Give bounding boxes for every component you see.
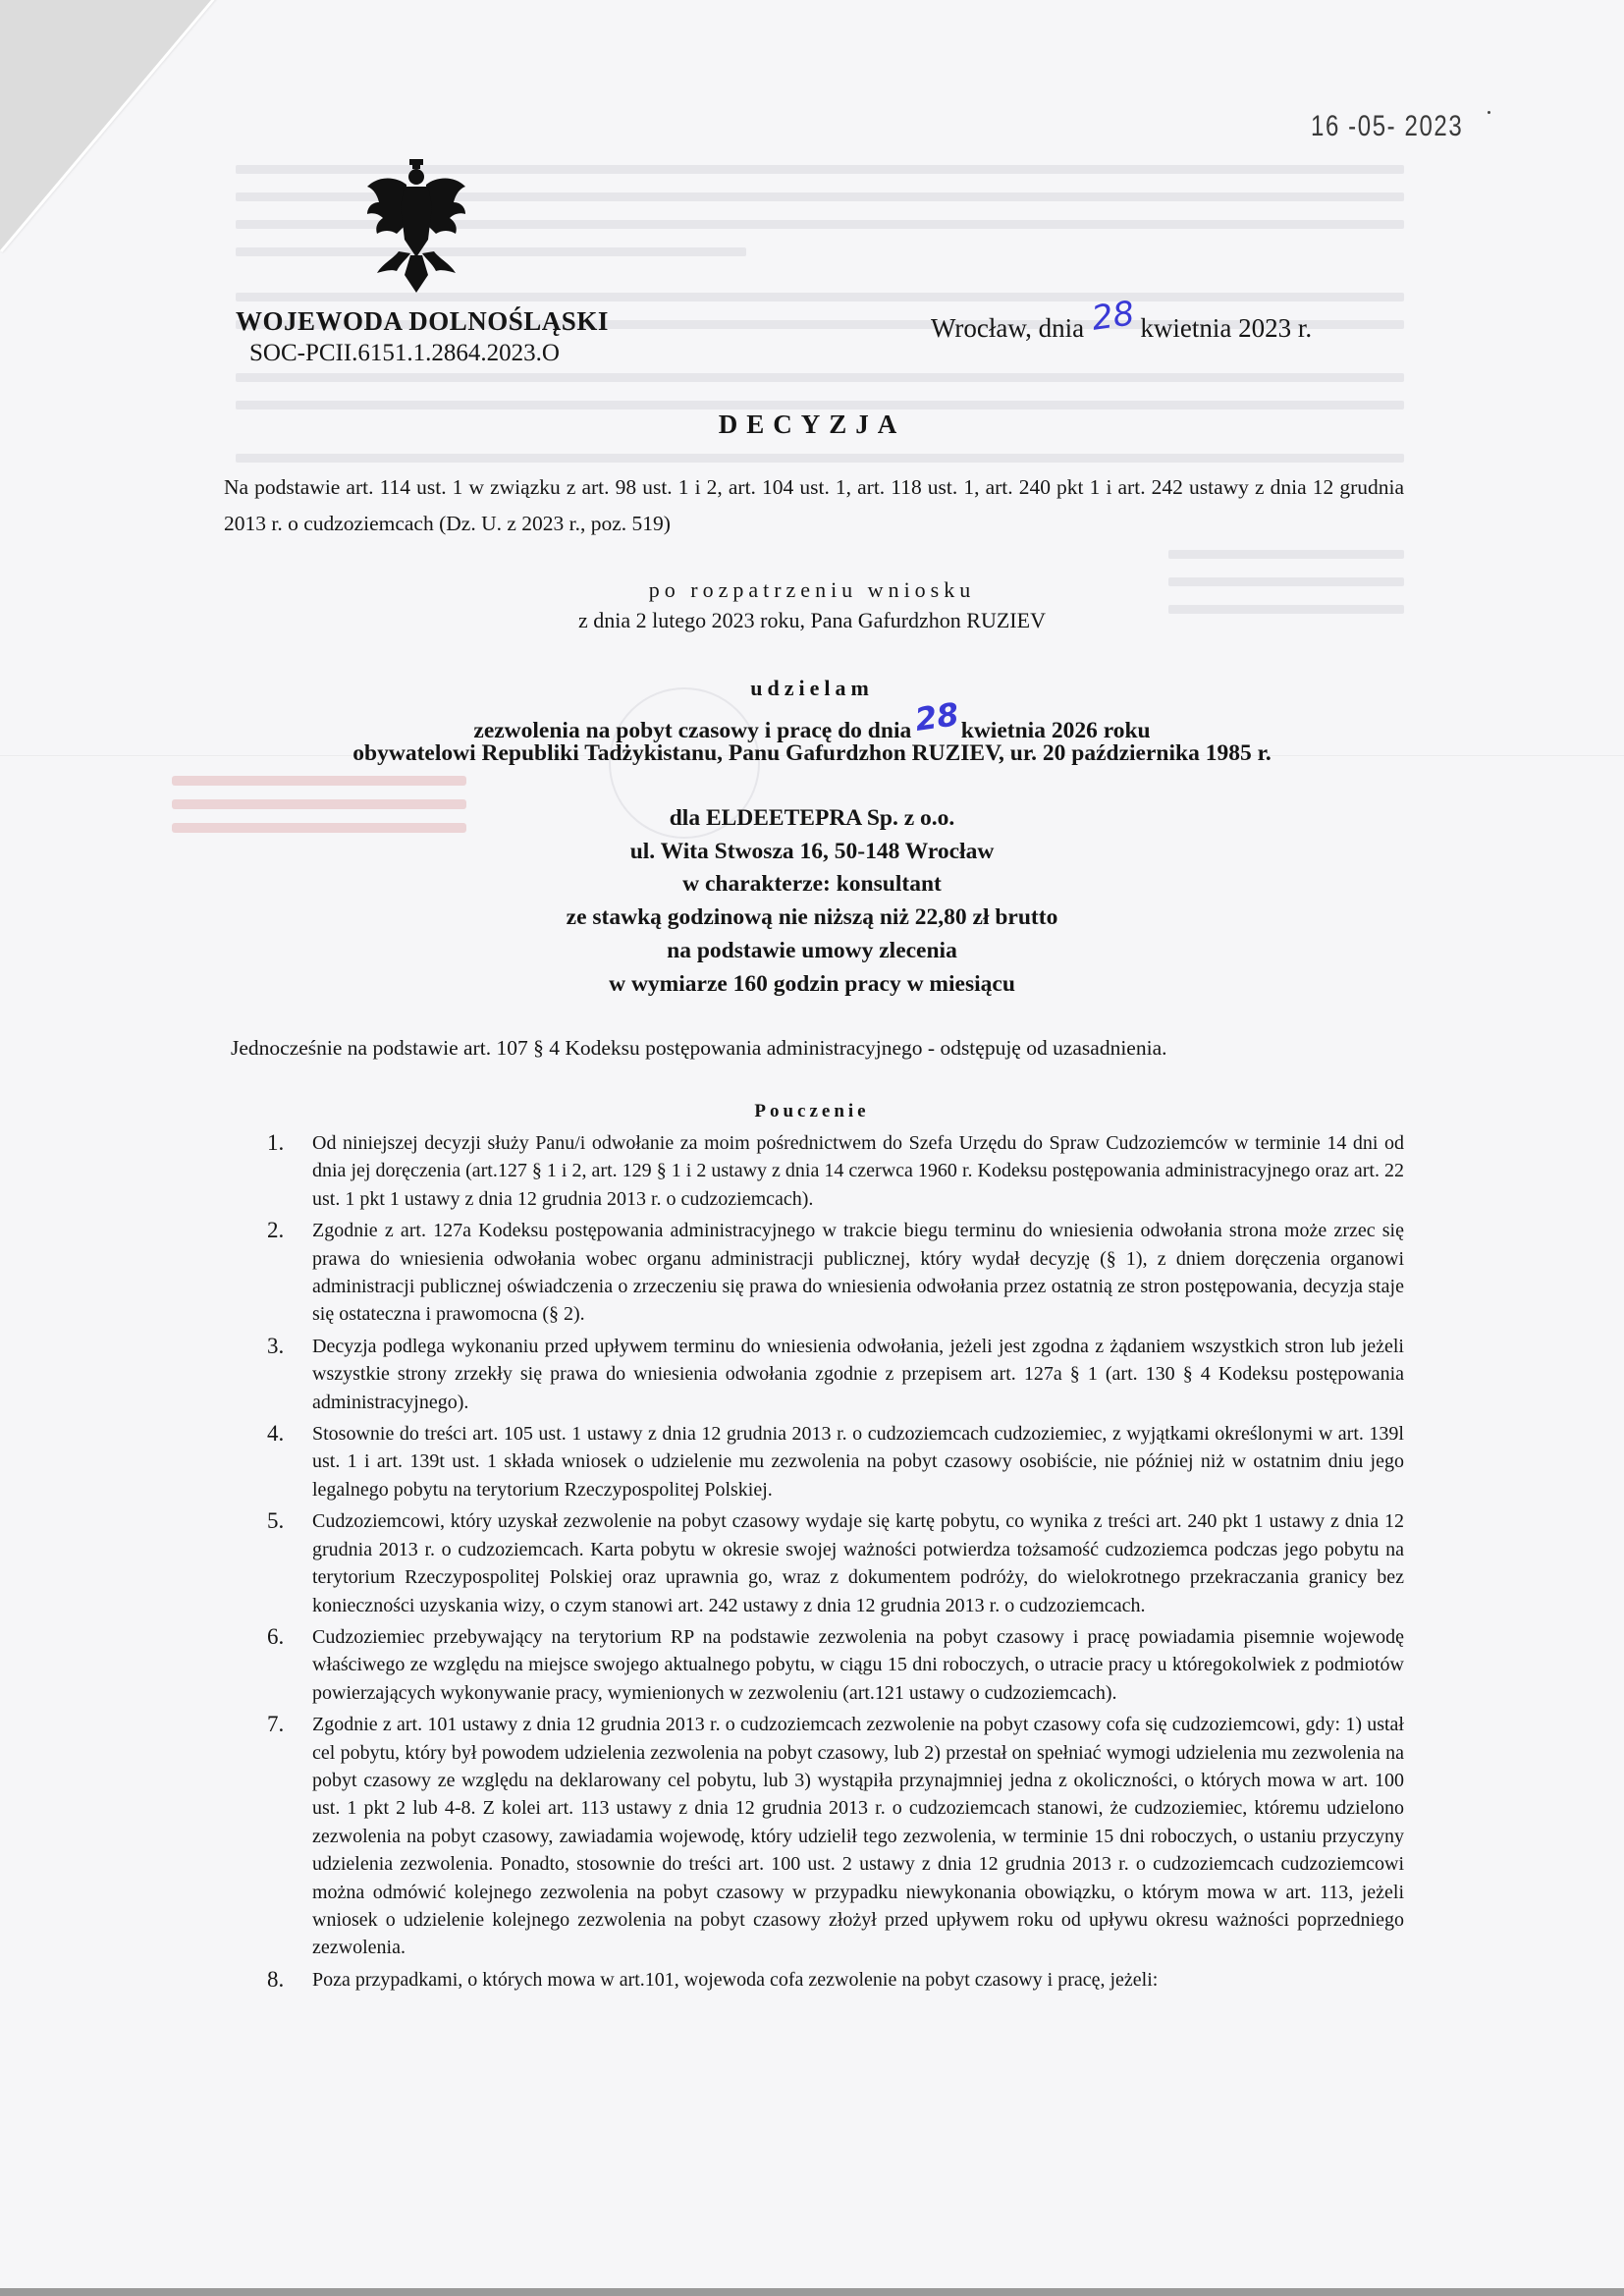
- item-text: Decyzja podlega wykonaniu przed upływem …: [312, 1336, 1404, 1413]
- item-number: 1.: [267, 1129, 284, 1157]
- notice-title: Pouczenie: [0, 1101, 1624, 1122]
- item-number: 5.: [267, 1507, 284, 1535]
- working-hours: w wymiarze 160 godzin pracy w miesiącu: [0, 971, 1624, 998]
- case-number: SOC-PCII.6151.1.2864.2023.O: [249, 340, 560, 367]
- item-text: Cudzoziemiec przebywający na terytorium …: [312, 1626, 1404, 1704]
- place-and-date: Wrocław, dnia28kwietnia 2023 r.: [931, 306, 1312, 346]
- stamp-speck: [1488, 111, 1490, 114]
- application-reference: z dnia 2 lutego 2023 roku, Pana Gafurdzh…: [0, 608, 1624, 633]
- item-text: Zgodnie z art. 101 ustawy z dnia 12 grud…: [312, 1714, 1404, 1958]
- consideration-heading: po rozpatrzeniu wniosku: [0, 577, 1624, 603]
- polish-eagle-emblem-icon: [355, 157, 477, 295]
- item-number: 7.: [267, 1711, 284, 1738]
- contract-type: na podstawie umowy zlecenia: [0, 938, 1624, 964]
- notice-item: 2.Zgodnie z art. 127a Kodeksu postępowan…: [265, 1217, 1404, 1329]
- place-date-prefix: Wrocław, dnia: [931, 313, 1084, 343]
- scanned-page: 16 -05- 2023 WOJEWODA DOLNOŚLĄSKI SOC-PC…: [0, 0, 1624, 2296]
- item-text: Zgodnie z art. 127a Kodeksu postępowania…: [312, 1220, 1404, 1325]
- handwritten-day: 28: [1090, 294, 1137, 339]
- received-date-stamp: 16 -05- 2023: [1311, 110, 1463, 143]
- grant-verb: udzielam: [0, 676, 1624, 701]
- item-number: 6.: [267, 1623, 284, 1651]
- handwritten-permit-day: 28: [913, 695, 961, 738]
- folded-corner-edge: [0, 0, 217, 252]
- item-number: 4.: [267, 1420, 284, 1448]
- item-number: 8.: [267, 1966, 284, 1994]
- place-date-suffix: kwietnia 2023 r.: [1140, 313, 1312, 343]
- item-number: 3.: [267, 1333, 284, 1360]
- notice-item: 7.Zgodnie z art. 101 ustawy z dnia 12 gr…: [265, 1711, 1404, 1962]
- issuing-authority: WOJEWODA DOLNOŚLĄSKI: [236, 306, 609, 337]
- notice-item: 8.Poza przypadkami, o których mowa w art…: [265, 1966, 1404, 1994]
- notice-item: 5.Cudzoziemcowi, który uzyskał zezwoleni…: [265, 1507, 1404, 1619]
- employer-name: dla ELDEETEPRA Sp. z o.o.: [0, 805, 1624, 832]
- item-number: 2.: [267, 1217, 284, 1244]
- item-text: Poza przypadkami, o których mowa w art.1…: [312, 1969, 1158, 1991]
- job-position: w charakterze: konsultant: [0, 871, 1624, 898]
- employer-address: ul. Wita Stwosza 16, 50-148 Wrocław: [0, 839, 1624, 865]
- notice-item: 4.Stosownie do treści art. 105 ust. 1 us…: [265, 1420, 1404, 1503]
- item-text: Cudzoziemcowi, który uzyskał zezwolenie …: [312, 1510, 1404, 1615]
- citizen-line: obywatelowi Republiki Tadżykistanu, Panu…: [0, 740, 1624, 767]
- notice-item: 3.Decyzja podlega wykonaniu przed upływe…: [265, 1333, 1404, 1416]
- item-text: Stosownie do treści art. 105 ust. 1 usta…: [312, 1423, 1404, 1501]
- scan-bottom-edge: [0, 2288, 1624, 2296]
- decision-title: DECYZJA: [0, 410, 1624, 440]
- notice-item: 1.Od niniejszej decyzji służy Panu/i odw…: [265, 1129, 1404, 1213]
- notice-list: 1.Od niniejszej decyzji służy Panu/i odw…: [265, 1129, 1404, 1997]
- hourly-rate: ze stawką godzinową nie niższą niż 22,80…: [0, 904, 1624, 931]
- notice-item: 6.Cudzoziemiec przebywający na terytoriu…: [265, 1623, 1404, 1707]
- justification-waiver: Jednocześnie na podstawie art. 107 § 4 K…: [231, 1036, 1167, 1061]
- legal-basis-paragraph: Na podstawie art. 114 ust. 1 w związku z…: [224, 469, 1404, 542]
- item-text: Od niniejszej decyzji służy Panu/i odwoł…: [312, 1132, 1404, 1210]
